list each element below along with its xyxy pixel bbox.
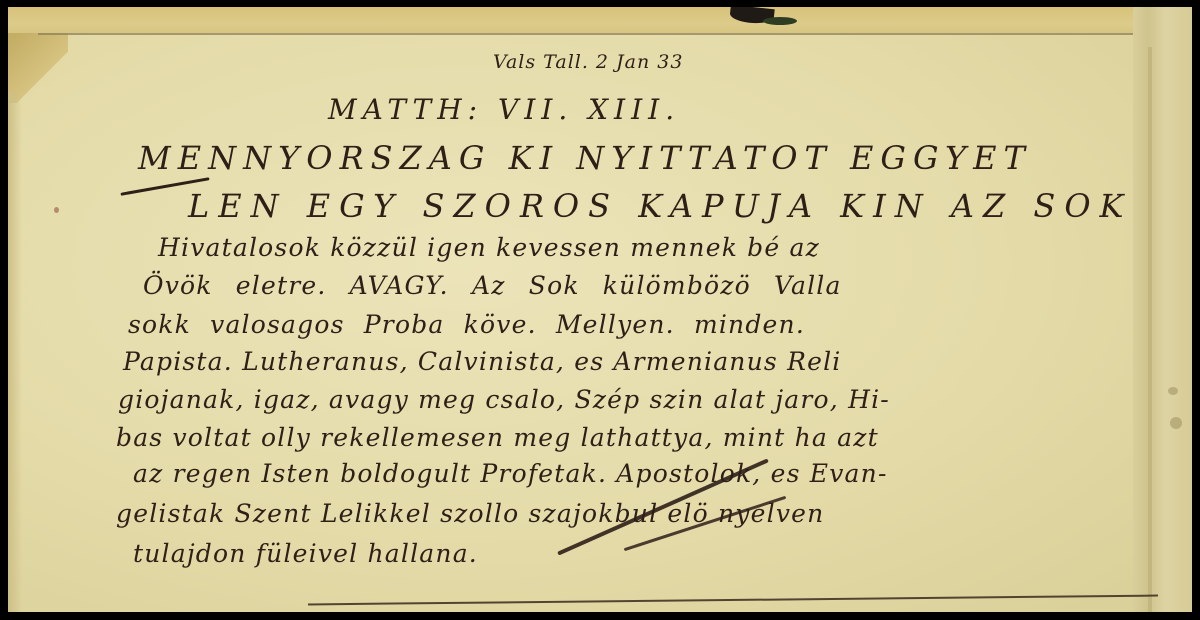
text-line: sokk valosagos Proba köve. Mellyen. mind… bbox=[128, 310, 805, 339]
text-line: giojanak, igaz, avagy meg csalo, Szép sz… bbox=[118, 385, 890, 414]
title-line-2: LEN EGY SZOROS KAPUJA KIN AZ SOK bbox=[188, 187, 1132, 225]
title-line-1: MENNYORSZAG KI NYITTATOT EGGYET bbox=[138, 139, 1032, 177]
manuscript-photo: Vals Tall. 2 Jan 33 MATTH: VII. XIII. ME… bbox=[8, 7, 1192, 612]
page-top-edge bbox=[8, 7, 1192, 35]
paper-stain bbox=[1170, 417, 1182, 429]
book-binding bbox=[1133, 7, 1192, 612]
text-line: Papista. Lutheranus, Calvinista, es Arme… bbox=[123, 347, 842, 376]
text-line: Hivatalosok közzül igen kevessen mennek … bbox=[158, 233, 820, 262]
page-left-edge bbox=[8, 93, 22, 612]
bible-reference: MATTH: VII. XIII. bbox=[328, 93, 680, 126]
ink-blot-stain bbox=[763, 17, 797, 25]
text-line: bas voltat olly rekellemesen meg lathatt… bbox=[116, 423, 879, 452]
text-line: Övök eletre. AVAGY. Az Sok külömbözö Val… bbox=[143, 271, 842, 300]
shelfmark-note: Vals Tall. 2 Jan 33 bbox=[493, 51, 683, 73]
page-fold-line bbox=[38, 33, 1168, 35]
text-line: gelistak Szent Lelikkel szollo szajokbul… bbox=[116, 499, 824, 528]
paper-stain bbox=[1168, 387, 1178, 395]
paper-stain bbox=[54, 207, 59, 213]
text-line: az regen Isten boldogult Profetak. Apost… bbox=[133, 459, 888, 488]
text-line: tulajdon füleivel hallana. bbox=[133, 539, 478, 568]
binding-fold-line bbox=[1148, 47, 1152, 612]
